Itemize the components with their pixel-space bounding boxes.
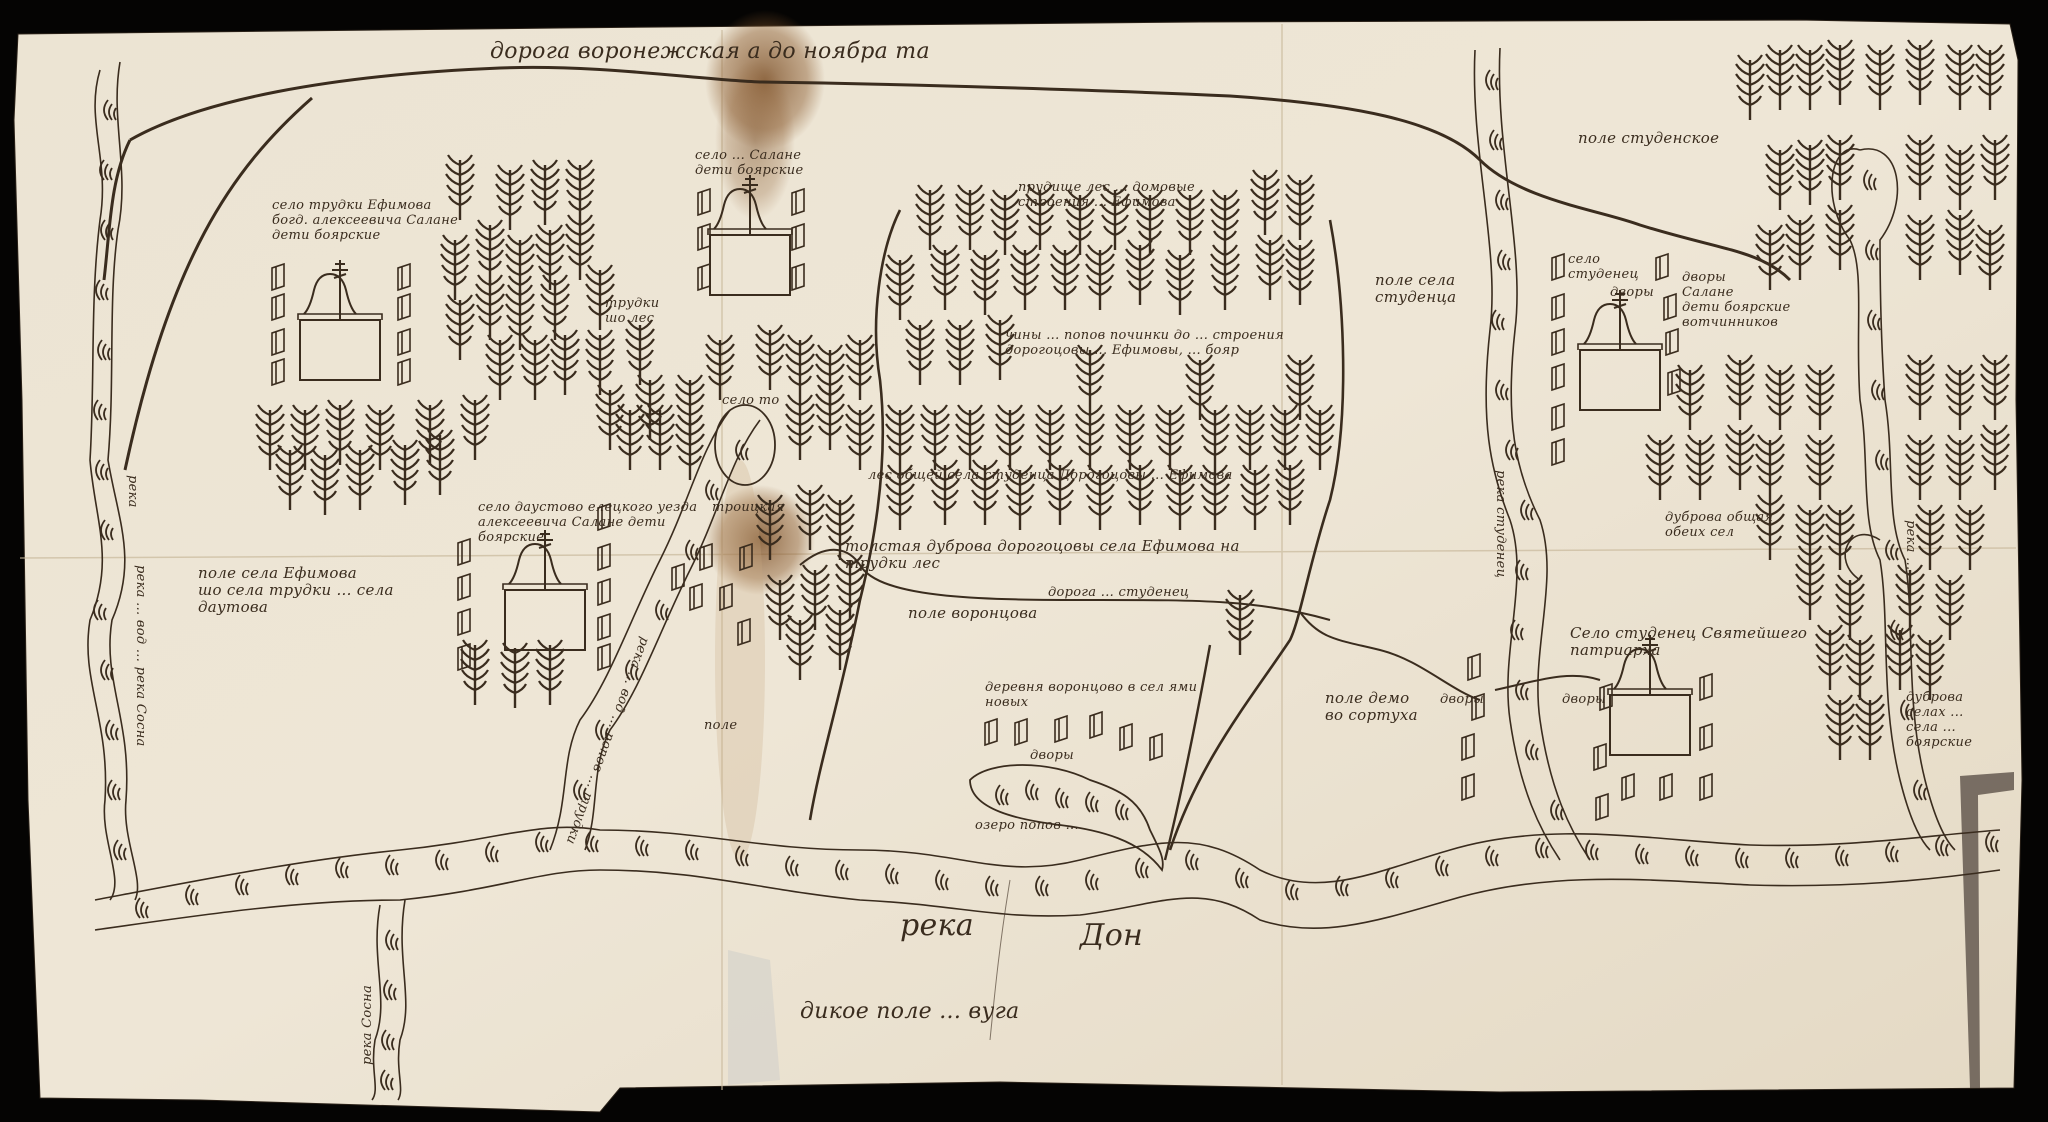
- label-road-voronezh: дорога воронежская а до ноябра та: [490, 40, 930, 64]
- label-oak-note-top: прудище лес ... домовые строения ... Ефи…: [1018, 180, 1195, 210]
- label-river-sosna: река Сосна: [360, 985, 375, 1065]
- label-trudki-forest: трудки шо лес: [605, 296, 659, 326]
- label-river-don-1: река: [900, 910, 974, 942]
- map-viewer: дорога воронежская а до ноябра та село т…: [0, 0, 2048, 1122]
- label-river-right: река ...: [1903, 520, 1918, 570]
- label-left-river-note: река ... вод ... река Сосна: [133, 565, 148, 747]
- label-derevnya-vorontsovo: деревня воронцово в сел ями новых: [985, 680, 1197, 710]
- label-selo-small: село то: [722, 393, 779, 408]
- label-field-studenets: поле села студенца: [1375, 272, 1456, 306]
- label-field-vorontsovo: поле воронцова: [908, 605, 1038, 622]
- label-dvory-patriarch: дворы: [1562, 692, 1606, 707]
- label-field-demo: поле демо во сортуха: [1325, 690, 1418, 724]
- label-river-don-2: Дон: [1080, 920, 1143, 952]
- label-dvory-right: дворы: [1440, 692, 1484, 707]
- label-studenets-dvory: дворы: [1610, 285, 1654, 300]
- label-studenets-note: дворы Салане дети боярские вотчинников: [1682, 270, 1790, 330]
- label-field-top-right: поле студенское: [1578, 130, 1719, 147]
- label-lake: озеро попов ...: [975, 818, 1079, 833]
- label-village-studenets-patriarch: Село студенец Святейшего патриарха: [1570, 625, 1807, 659]
- label-left-river-top: река: [125, 475, 140, 508]
- label-village-darovatovo: село даустово елецкого уезда алексеевича…: [478, 500, 697, 545]
- label-dubrava-far-right: дуброва селах ... села ... боярские: [1906, 690, 1972, 750]
- label-village-trudki: село трудки Ефимова богд. алексеевича Са…: [272, 198, 458, 243]
- label-dubrava-note: толстая дуброва дорогоцовы села Ефимова …: [845, 538, 1240, 572]
- label-dvory: дворы: [1030, 748, 1074, 763]
- label-river-studenets: река студенец: [1493, 470, 1508, 578]
- label-dubrava-right: дуброва общая обеих сел: [1665, 510, 1773, 540]
- label-pole: поле: [704, 718, 737, 733]
- label-oak-note-lower: лес общей села студенца Дорогоцовы ... Е…: [868, 468, 1233, 483]
- label-oak-note-mid: чины ... попов починки до ... строения д…: [1005, 328, 1284, 358]
- label-village-center: село ... Салане дети боярские: [695, 148, 803, 178]
- label-village-studenets: село студенец: [1568, 252, 1639, 282]
- label-bottom-note: дикое поле ... вуга: [800, 1000, 1019, 1024]
- label-troitskaya: троицкая: [712, 500, 784, 515]
- label-field-left: поле села Ефимова шо села трудки ... сел…: [198, 565, 394, 616]
- label-road-mid: дорога ... студенец: [1048, 585, 1189, 600]
